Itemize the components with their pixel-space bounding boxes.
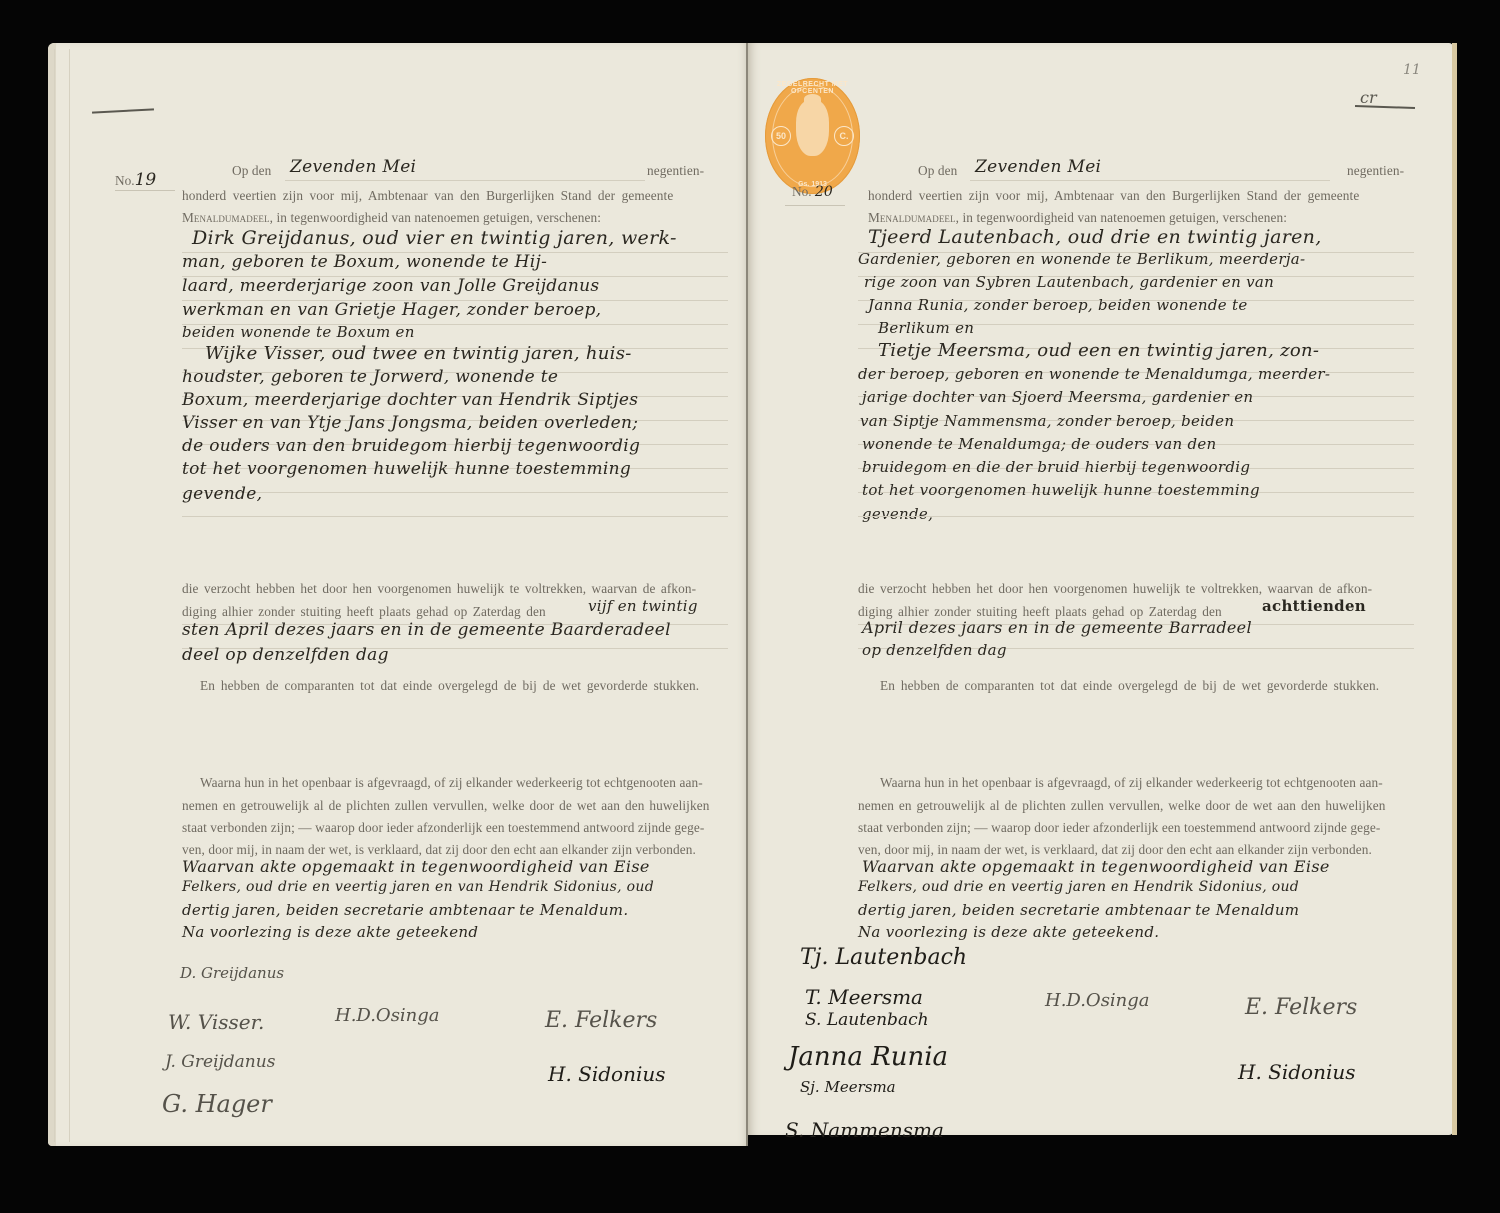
- signature: G. Hager: [162, 1090, 272, 1118]
- publication-line2: diging alhier zonder stuiting heeft plaa…: [182, 604, 546, 620]
- preamble-line2: honderd veertien zijn voor mij, Ambtenaa…: [868, 188, 1359, 204]
- publication-hand: vijf en twintig: [588, 597, 698, 615]
- signature: Sj. Meersma: [800, 1078, 896, 1096]
- signature: D. Greijdanus: [180, 964, 284, 982]
- publication-line1: die verzocht hebben het door hen voorgen…: [182, 581, 696, 597]
- preamble-line3: Menaldumadeel, in tegenwoordigheid van n…: [182, 210, 601, 226]
- date-handwritten: Zevenden Mei: [975, 157, 1101, 177]
- signature: S. Lautenbach: [805, 1010, 929, 1030]
- act-number: No. 20: [792, 184, 833, 200]
- bride-line: van Siptje Nammensma, zonder beroep, bei…: [860, 412, 1234, 430]
- signature: Tj. Lautenbach: [800, 945, 967, 970]
- groom-line: beiden wonende te Boxum en: [182, 323, 415, 341]
- witness-line: Felkers, oud drie en veertig jaren en va…: [182, 879, 654, 895]
- act-number: No.19: [115, 170, 156, 190]
- groom-line: Dirk Greijdanus, oud vier en twintig jar…: [192, 227, 677, 249]
- signature: Janna Runia: [788, 1042, 948, 1072]
- crown-crest-icon: [796, 100, 829, 156]
- publication-hand: achttienden: [1262, 597, 1366, 615]
- witness-line: dertig jaren, beiden secretarie ambtenaa…: [858, 901, 1299, 919]
- publication-hand-line: April dezes jaars en in de gemeente Barr…: [862, 618, 1252, 637]
- groom-line: rige zoon van Sybren Lautenbach, gardeni…: [864, 273, 1274, 291]
- bride-line: Boxum, meerderjarige dochter van Hendrik…: [182, 390, 638, 410]
- bride-line: Wijke Visser, oud twee en twintig jaren,…: [205, 343, 632, 364]
- date-prefix: Op den: [232, 163, 271, 179]
- line1-end: negentien-: [1347, 163, 1404, 179]
- groom-line: Gardenier, geboren en wonende te Berliku…: [858, 250, 1305, 268]
- signature-witness: E. Felkers: [1245, 995, 1357, 1020]
- publication-line1: die verzocht hebben het door hen voorgen…: [858, 581, 1372, 597]
- date-rule: [970, 180, 1330, 181]
- signature-officer: H.D.Osinga: [335, 1005, 440, 1026]
- documents-line: En hebben de comparanten tot dat einde o…: [200, 678, 699, 694]
- witness-line: Waarvan akte opgemaakt in tegenwoordighe…: [182, 857, 650, 876]
- witness-line: Waarvan akte opgemaakt in tegenwoordighe…: [862, 857, 1330, 876]
- bride-line: houdster, geboren te Jorwerd, wonende te: [182, 367, 558, 387]
- groom-line: Janna Runia, zonder beroep, beiden wonen…: [868, 296, 1248, 314]
- groom-line: Tjeerd Lautenbach, oud drie en twintig j…: [868, 226, 1322, 248]
- witness-line: Na voorlezing is deze akte geteekend: [182, 923, 478, 941]
- ceremony-line: nemen en getrouwelijk al de plichten zul…: [182, 798, 709, 814]
- publication-hand-line: deel op denzelfden dag: [182, 645, 389, 665]
- signature: W. Visser.: [168, 1010, 264, 1034]
- groom-line: werkman en van Grietje Hager, zonder ber…: [182, 300, 601, 320]
- bride-line: jarige dochter van Sjoerd Meersma, garde…: [862, 388, 1253, 406]
- ceremony-line: ven, door mij, in naam der wet, is verkl…: [858, 842, 1372, 858]
- bride-line: tot het voorgenomen huwelijk hunne toest…: [862, 481, 1260, 499]
- bride-line: gevende,: [182, 484, 262, 504]
- signature-witness: E. Felkers: [545, 1008, 657, 1033]
- signature-witness: H. Sidonius: [1238, 1060, 1356, 1084]
- ceremony-line: Waarna hun in het openbaar is afgevraagd…: [200, 775, 703, 791]
- book-gutter: [746, 43, 748, 1146]
- bride-line: Visser en van Ytje Jans Jongsma, beiden …: [182, 413, 638, 433]
- corner-mark-right: cr: [1360, 88, 1377, 107]
- date-rule: [285, 180, 645, 181]
- signature-officer: H.D.Osinga: [1045, 990, 1150, 1011]
- witness-line: Na voorlezing is deze akte geteekend.: [858, 923, 1159, 941]
- stamp-value: 50: [771, 126, 791, 146]
- groom-line: man, geboren te Boxum, wonende te Hij-: [182, 252, 547, 272]
- line1-end: negentien-: [647, 163, 704, 179]
- open-register-book: No.19 Op den Zevenden Mei negentien- hon…: [0, 0, 1500, 1213]
- publication-hand-line: op denzelfden dag: [862, 641, 1007, 659]
- groom-line: laard, meerderjarige zoon van Jolle Grei…: [182, 276, 599, 296]
- ceremony-line: nemen en getrouwelijk al de plichten zul…: [858, 798, 1385, 814]
- bride-line: der beroep, geboren en wonende te Menald…: [858, 365, 1330, 383]
- ceremony-line: staat verbonden zijn; — waarop door iede…: [182, 820, 704, 836]
- ruled-line: [858, 516, 1414, 517]
- date-prefix: Op den: [918, 163, 957, 179]
- ceremony-line: ven, door mij, in naam der wet, is verkl…: [182, 842, 696, 858]
- signature: T. Meersma: [805, 985, 923, 1009]
- bride-line: Tietje Meersma, oud een en twintig jaren…: [878, 340, 1319, 361]
- bride-line: bruidegom en die der bruid hierbij tegen…: [862, 458, 1250, 476]
- page-number: 11: [1403, 62, 1421, 78]
- bride-line: tot het voorgenomen huwelijk hunne toest…: [182, 459, 631, 479]
- ceremony-line: Waarna hun in het openbaar is afgevraagd…: [880, 775, 1383, 791]
- ruled-line: [182, 516, 728, 517]
- preamble-line3: Menaldumadeel, in tegenwoordigheid van n…: [868, 210, 1287, 226]
- signature: S. Nammensma: [785, 1118, 944, 1142]
- bride-line: de ouders van den bruidegom hierbij tege…: [182, 436, 640, 456]
- bride-line: wonende te Menaldumga; de ouders van den: [862, 435, 1217, 453]
- signature: J. Greijdanus: [165, 1052, 275, 1072]
- stamp-text: ZEGELRECHT MET OPCENTEN: [765, 81, 860, 95]
- publication-hand-line: sten April dezes jaars en in de gemeente…: [182, 620, 671, 640]
- groom-line: Berlikum en: [878, 319, 974, 337]
- stamp-unit: C.: [834, 126, 854, 146]
- documents-line: En hebben de comparanten tot dat einde o…: [880, 678, 1379, 694]
- tax-stamp: ZEGELRECHT MET OPCENTEN 50 C. Gs. 1913: [765, 78, 860, 194]
- ruled-line: [182, 492, 728, 493]
- ceremony-line: staat verbonden zijn; — waarop door iede…: [858, 820, 1380, 836]
- date-handwritten: Zevenden Mei: [290, 157, 416, 177]
- bride-line: gevende,: [862, 505, 933, 523]
- witness-line: dertig jaren, beiden secretarie ambtenaa…: [182, 901, 628, 919]
- act-number-rule: [785, 205, 845, 206]
- act-number-rule: [115, 190, 175, 191]
- signature-witness: H. Sidonius: [548, 1062, 666, 1086]
- witness-line: Felkers, oud drie en veertig jaren en He…: [858, 879, 1299, 895]
- preamble-line2: honderd veertien zijn voor mij, Ambtenaa…: [182, 188, 673, 204]
